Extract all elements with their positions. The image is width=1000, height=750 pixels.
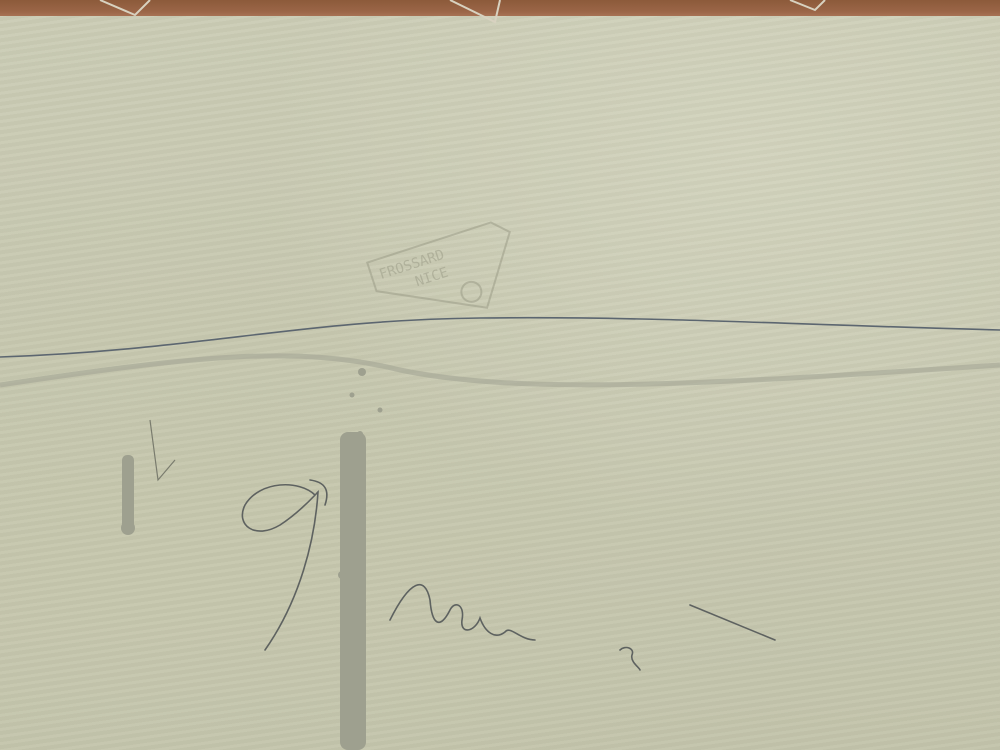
staple-clips xyxy=(100,0,825,22)
canvas-back-photo: FROSSARD NICE G. Moni xyxy=(0,0,1000,750)
hanging-wire-shadow xyxy=(0,356,1000,385)
pencil-signature xyxy=(242,480,775,670)
paint-drips xyxy=(121,368,383,750)
photo-details: FROSSARD NICE G. Moni xyxy=(0,0,1000,750)
canvas-maker-stamp: FROSSARD NICE xyxy=(367,218,530,339)
hanging-wire xyxy=(0,318,1000,357)
